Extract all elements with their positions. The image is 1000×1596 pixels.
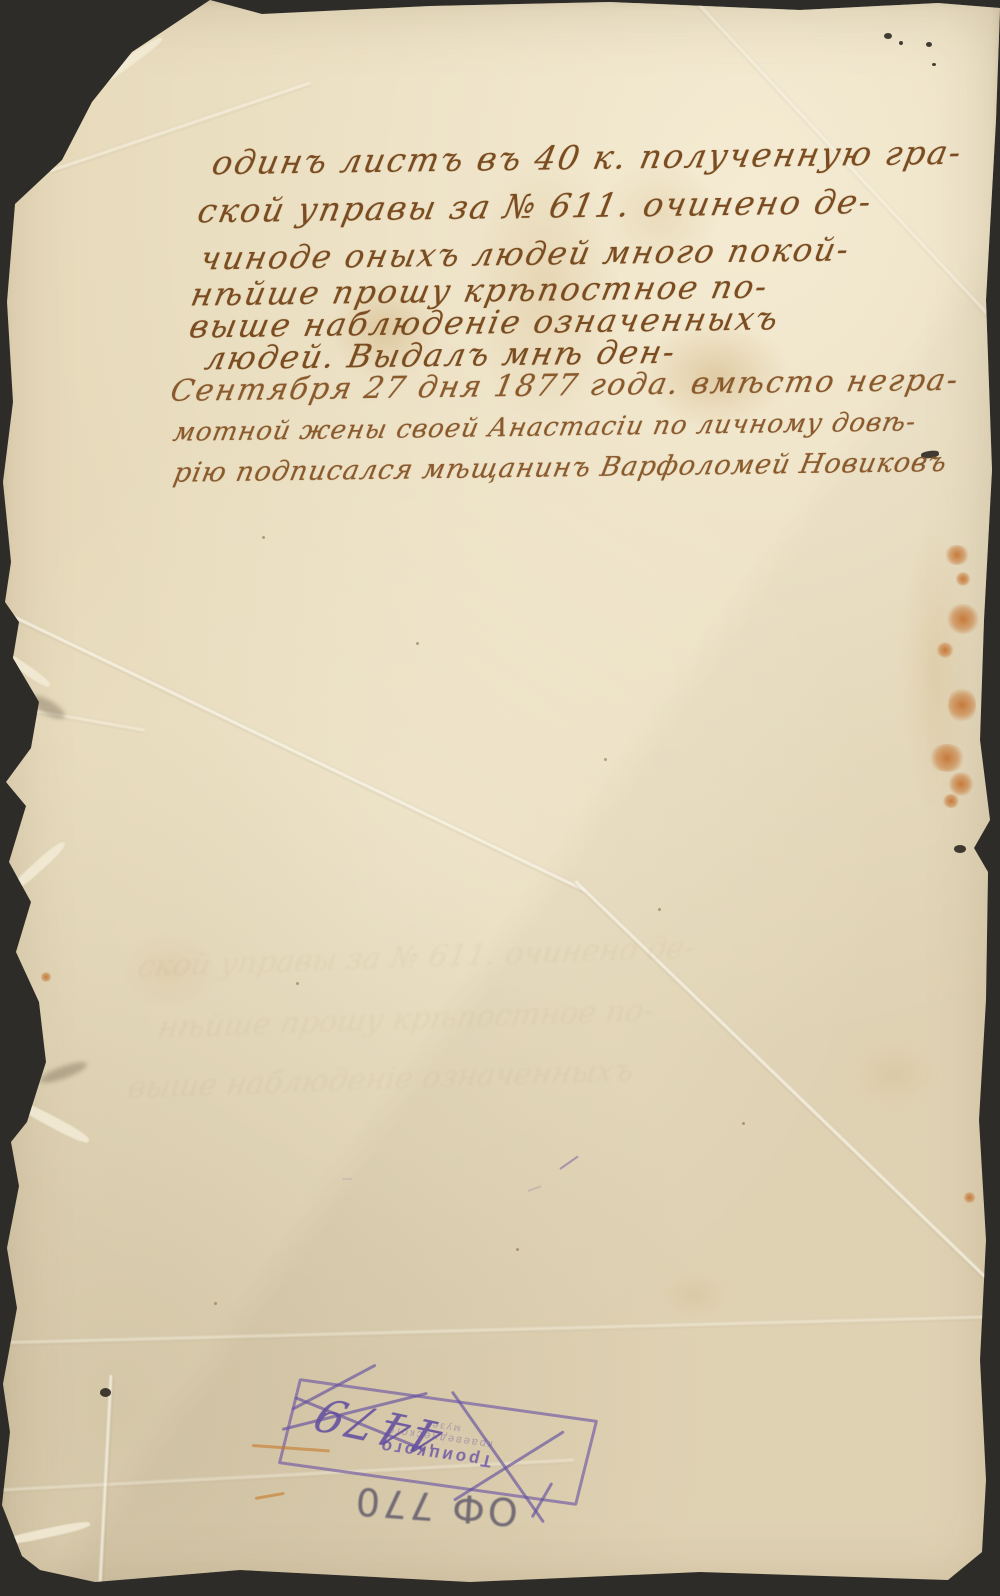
ink-speck <box>926 42 932 47</box>
ink-speck <box>932 63 936 66</box>
handwriting-block: одинъ листъ въ 40 к. полученную гра- ско… <box>167 124 1000 516</box>
purple-tick <box>559 1156 578 1170</box>
water-stain <box>850 1040 940 1110</box>
fold-crease <box>0 1313 1000 1347</box>
rust-stain <box>946 604 980 634</box>
manuscript-paper: ской управы за № 611. очинено де- нѣйше … <box>0 0 1000 1596</box>
tear-shadow <box>38 1058 89 1086</box>
orange-scribble <box>255 1492 285 1500</box>
ink-speck <box>884 33 892 39</box>
rust-stain <box>948 686 976 724</box>
purple-tick <box>528 1185 542 1192</box>
torn-edge-highlight <box>15 1099 91 1146</box>
paper-fleck <box>658 908 661 911</box>
bleedthrough-text: нѣйше прошу крѣпостное по- <box>155 993 657 1045</box>
paper-fleck <box>296 982 299 985</box>
rust-stain <box>963 1192 976 1203</box>
bleedthrough-text: выше наблюденіе означенныхъ <box>125 1053 636 1105</box>
tear-shadow <box>27 691 69 723</box>
rust-stain <box>944 545 970 565</box>
bleedthrough-text: ской управы за № 611. очинено де- <box>135 930 698 984</box>
torn-edge-highlight <box>52 34 164 117</box>
ink-speck <box>954 845 966 853</box>
paper-fleck <box>262 536 265 539</box>
rust-stain <box>40 972 52 982</box>
paper-fleck <box>516 1248 519 1251</box>
ink-speck <box>100 1388 111 1397</box>
handwriting-line: ской управы за № 611. очинено де- <box>195 182 877 231</box>
torn-edge-highlight <box>0 649 52 690</box>
fold-crease <box>1 702 145 734</box>
handwriting-line: одинъ листъ въ 40 к. полученную гра- <box>209 133 966 183</box>
fold-crease <box>0 600 586 894</box>
handwriting-line: рію подписался мѣщанинъ Варфоломей Новик… <box>171 447 950 489</box>
handwriting-line: мотной жены своей Анастасіи по личному д… <box>171 407 920 447</box>
scanned-document-photo: ской управы за № 611. очинено де- нѣйше … <box>0 0 1000 1596</box>
water-stain <box>660 1270 730 1320</box>
rust-stain <box>948 772 974 796</box>
ink-speck <box>899 41 903 45</box>
paper-fleck <box>416 642 419 645</box>
rust-stain <box>928 744 966 772</box>
paper-fleck <box>214 1302 217 1305</box>
paper-fleck <box>742 1122 745 1125</box>
rust-stain <box>955 572 971 586</box>
torn-edge-highlight <box>1 1519 91 1547</box>
torn-edge-highlight <box>9 839 68 893</box>
rust-stain <box>936 642 954 658</box>
rust-stain <box>942 794 960 808</box>
purple-tick <box>342 1178 352 1180</box>
paper-fleck <box>604 758 607 761</box>
